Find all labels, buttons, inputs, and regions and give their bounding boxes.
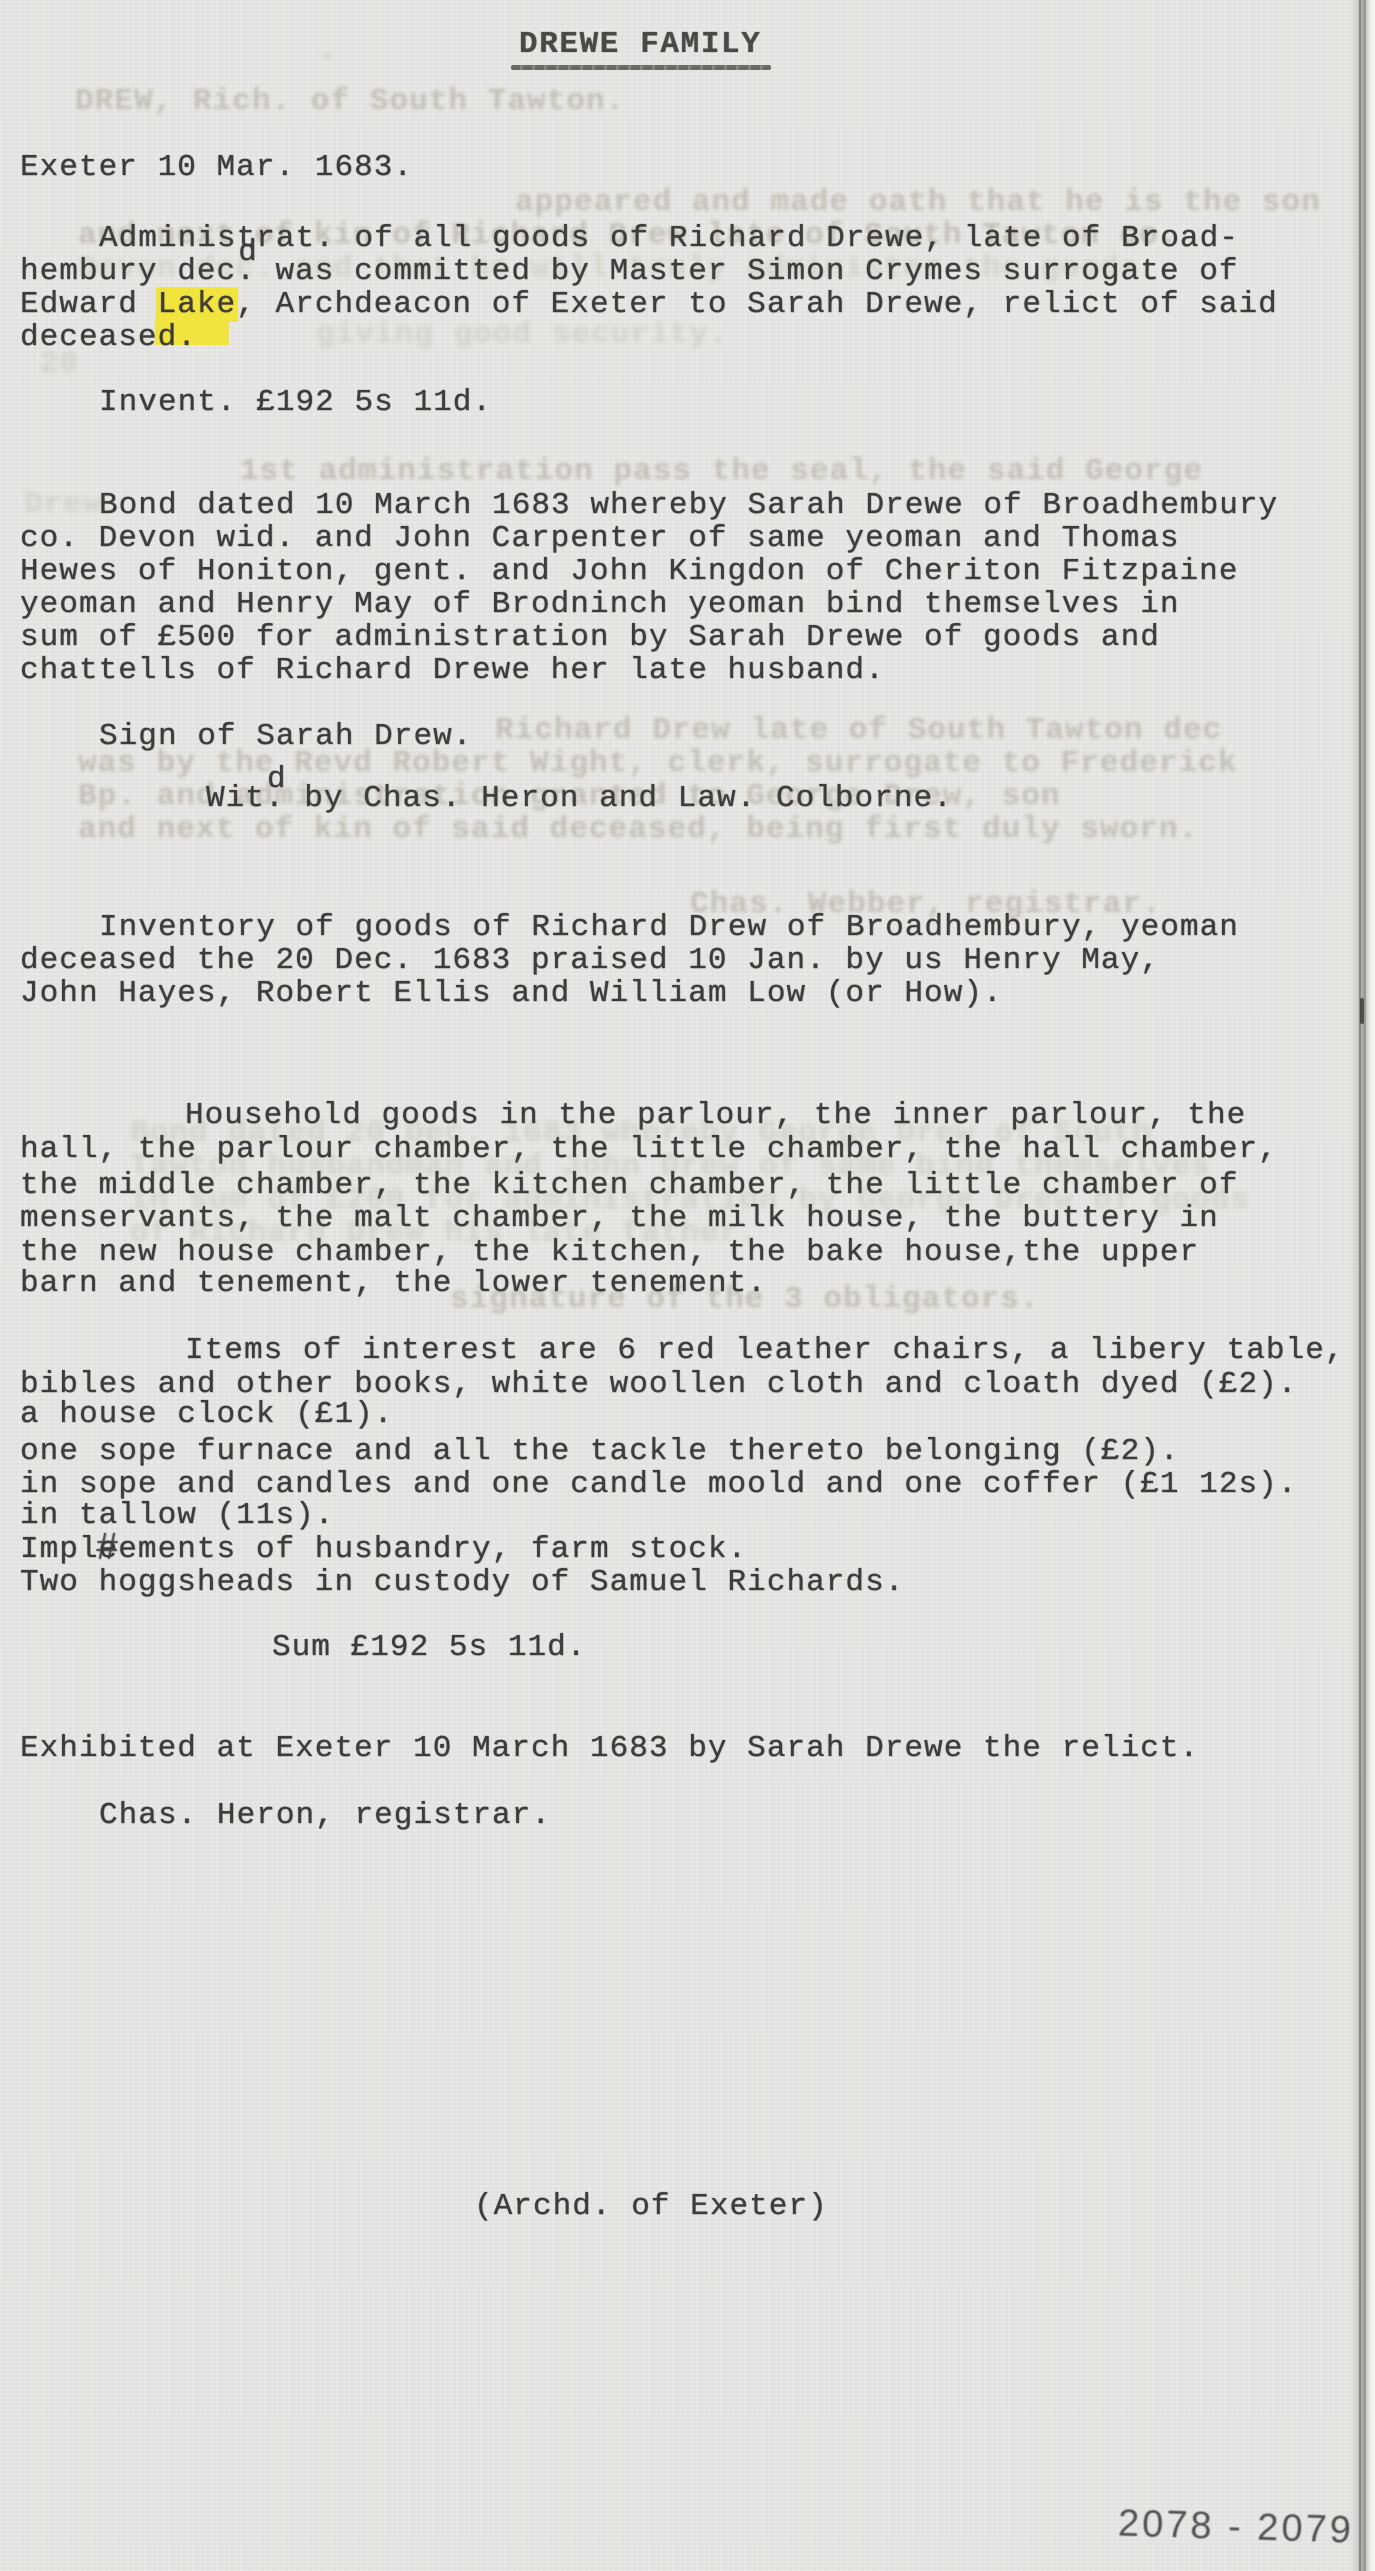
ghost-bleedthrough-line: giving good security.: [316, 318, 729, 351]
typed-line: yeoman and Henry May of Brodninch yeoman…: [20, 588, 1180, 621]
text-run: Administrat. of all goods of Richard Dre…: [99, 221, 1239, 256]
typed-line: John Hayes, Robert Ellis and William Low…: [20, 977, 1003, 1010]
ghost-bleedthrough-line: 1st administration pass the seal, the sa…: [240, 455, 1203, 488]
typed-line: Hewes of Honiton, gent. and John Kingdon…: [20, 555, 1239, 588]
typed-line: Edward Lake, Archdeacon of Exeter to Sar…: [20, 288, 1278, 321]
typed-line: Sum £192 5s 11d.: [272, 1631, 586, 1664]
text-run: hall, the parlour chamber, the little ch…: [20, 1132, 1278, 1167]
ghost-bleedthrough-line: DREW, Rich. of South Tawton.: [75, 85, 625, 118]
typed-line: Chas. Heron, registrar.: [99, 1799, 551, 1832]
typed-line: one sope furnace and all the tackle ther…: [20, 1435, 1180, 1468]
typed-line: in sope and candles and one candle moold…: [20, 1468, 1297, 1501]
text-run: hembury dec: [20, 254, 236, 289]
text-run: Exeter 10 Mar. 1683.: [20, 150, 413, 185]
text-run: barn and tenement, the lower tenement.: [20, 1266, 767, 1301]
text-run: a house clock (£1).: [20, 1397, 393, 1432]
text-run: was committed by Master Simon Crymes sur…: [256, 254, 1239, 289]
scan-edge-line: [1359, 0, 1361, 2571]
typed-line: Invent. £192 5s 11d.: [99, 386, 492, 419]
text-run: by Chas. Heron and Law. Colborne.: [285, 781, 953, 816]
text-run: chattells of Richard Drewe her late husb…: [20, 653, 885, 688]
typed-line: Exhibited at Exeter 10 March 1683 by Sar…: [20, 1732, 1199, 1765]
superscript-abbreviation: .d: [265, 782, 285, 815]
typed-line: the new house chamber, the kitchen, the …: [20, 1236, 1199, 1269]
overstrike-mark: #: [95, 1529, 120, 1570]
typed-line: deceased.: [20, 321, 197, 354]
text-run: Items of interest are 6 red leather chai…: [185, 1333, 1345, 1368]
document-page: DREWE FAMILY DREW, Rich. of South Tawton…: [0, 0, 1375, 2571]
text-run: Two hoggsheads in custody of Samuel Rich…: [20, 1565, 904, 1600]
superscript-letter: d: [238, 236, 258, 269]
text-run: Chas. Heron, registrar.: [99, 1798, 551, 1833]
text-run: the middle chamber, the kitchen chamber,…: [20, 1168, 1239, 1203]
typed-line: Sign of Sarah Drew.: [99, 720, 472, 753]
scan-edge-line: [1364, 0, 1366, 2571]
superscript-abbreviation: .d: [236, 255, 256, 288]
ghost-bleedthrough-line: -: [318, 40, 338, 73]
text-run: Sign of Sarah Drew.: [99, 719, 472, 754]
text-run: ements of husbandry, farm stock.: [118, 1532, 747, 1567]
typed-line: co. Devon wid. and John Carpenter of sam…: [20, 522, 1180, 555]
typed-line: sum of £500 for administration by Sarah …: [20, 621, 1160, 654]
text-run: Invent. £192 5s 11d.: [99, 385, 492, 420]
text-run: in sope and candles and one candle moold…: [20, 1467, 1297, 1502]
typed-line: Bond dated 10 March 1683 whereby Sarah D…: [99, 489, 1278, 522]
ghost-bleedthrough-line: appeared and made oath that he is the so…: [515, 186, 1321, 219]
text-run: Impl: [20, 1532, 99, 1567]
overstruck-character: e#: [99, 1533, 119, 1566]
text-run: in tallow (11s).: [20, 1498, 334, 1533]
typed-line: deceased the 20 Dec. 1683 praised 10 Jan…: [20, 944, 1160, 977]
text-run: co. Devon wid. and John Carpenter of sam…: [20, 521, 1180, 556]
typed-line: (Archd. of Exeter): [474, 2190, 828, 2223]
text-run: sum of £500 for administration by Sarah …: [20, 620, 1160, 655]
typed-line: a house clock (£1).: [20, 1398, 393, 1431]
text-run: Household goods in the parlour, the inne…: [185, 1098, 1246, 1133]
text-run: John Hayes, Robert Ellis and William Low…: [20, 976, 1003, 1011]
typed-line: the middle chamber, the kitchen chamber,…: [20, 1169, 1239, 1202]
text-run: , Archdeacon of Exeter to Sarah Drewe, r…: [236, 287, 1278, 322]
page-number: 2078 - 2079: [1117, 2503, 1354, 2553]
text-run: deceased.: [20, 320, 197, 355]
text-run: menservants, the malt chamber, the milk …: [20, 1201, 1219, 1236]
typed-line: Administrat. of all goods of Richard Dre…: [99, 222, 1239, 255]
text-run: Edward: [20, 287, 158, 322]
typed-line: Items of interest are 6 red leather chai…: [185, 1334, 1345, 1367]
title-underline: [511, 65, 771, 70]
highlight-lake: Lake: [156, 287, 239, 322]
typed-line: Wit.d by Chas. Heron and Law. Colborne.: [206, 782, 953, 815]
typed-line: chattells of Richard Drewe her late husb…: [20, 654, 885, 687]
ghost-bleedthrough-line: and next of kin of said deceased, being …: [78, 813, 1198, 846]
typed-line: Imple#ements of husbandry, farm stock.: [20, 1533, 747, 1566]
text-run: one sope furnace and all the tackle ther…: [20, 1434, 1180, 1469]
typed-line: Two hoggsheads in custody of Samuel Rich…: [20, 1566, 904, 1599]
superscript-letter: d: [267, 763, 287, 796]
scan-edge-shadow: [1349, 0, 1375, 2571]
typed-line: hall, the parlour chamber, the little ch…: [20, 1133, 1278, 1166]
text-run: Sum £192 5s 11d.: [272, 1630, 586, 1665]
text-run: the new house chamber, the kitchen, the …: [20, 1235, 1199, 1270]
text-run: (Archd. of Exeter): [474, 2189, 828, 2224]
typed-line: hembury dec.d was committed by Master Si…: [20, 255, 1239, 288]
document-title: DREWE FAMILY: [519, 27, 761, 62]
typed-line: Inventory of goods of Richard Drew of Br…: [99, 911, 1239, 944]
scan-edge-mark: [1360, 998, 1364, 1024]
typed-line: barn and tenement, the lower tenement.: [20, 1267, 767, 1300]
ghost-bleedthrough-line: Richard Drew late of South Tawton dec: [495, 714, 1222, 747]
typed-line: menservants, the malt chamber, the milk …: [20, 1202, 1219, 1235]
text-run: deceased the 20 Dec. 1683 praised 10 Jan…: [20, 943, 1160, 978]
text-run: Wit: [206, 781, 265, 816]
typed-line: Household goods in the parlour, the inne…: [185, 1099, 1246, 1132]
text-run: Exhibited at Exeter 10 March 1683 by Sar…: [20, 1731, 1199, 1766]
text-run: Inventory of goods of Richard Drew of Br…: [99, 910, 1239, 945]
text-run: yeoman and Henry May of Brodninch yeoman…: [20, 587, 1180, 622]
text-run: Hewes of Honiton, gent. and John Kingdon…: [20, 554, 1239, 589]
ghost-bleedthrough-line: Drew: [24, 488, 103, 521]
typed-line: in tallow (11s).: [20, 1499, 334, 1532]
text-run: Bond dated 10 March 1683 whereby Sarah D…: [99, 488, 1278, 523]
typed-line: Exeter 10 Mar. 1683.: [20, 151, 413, 184]
